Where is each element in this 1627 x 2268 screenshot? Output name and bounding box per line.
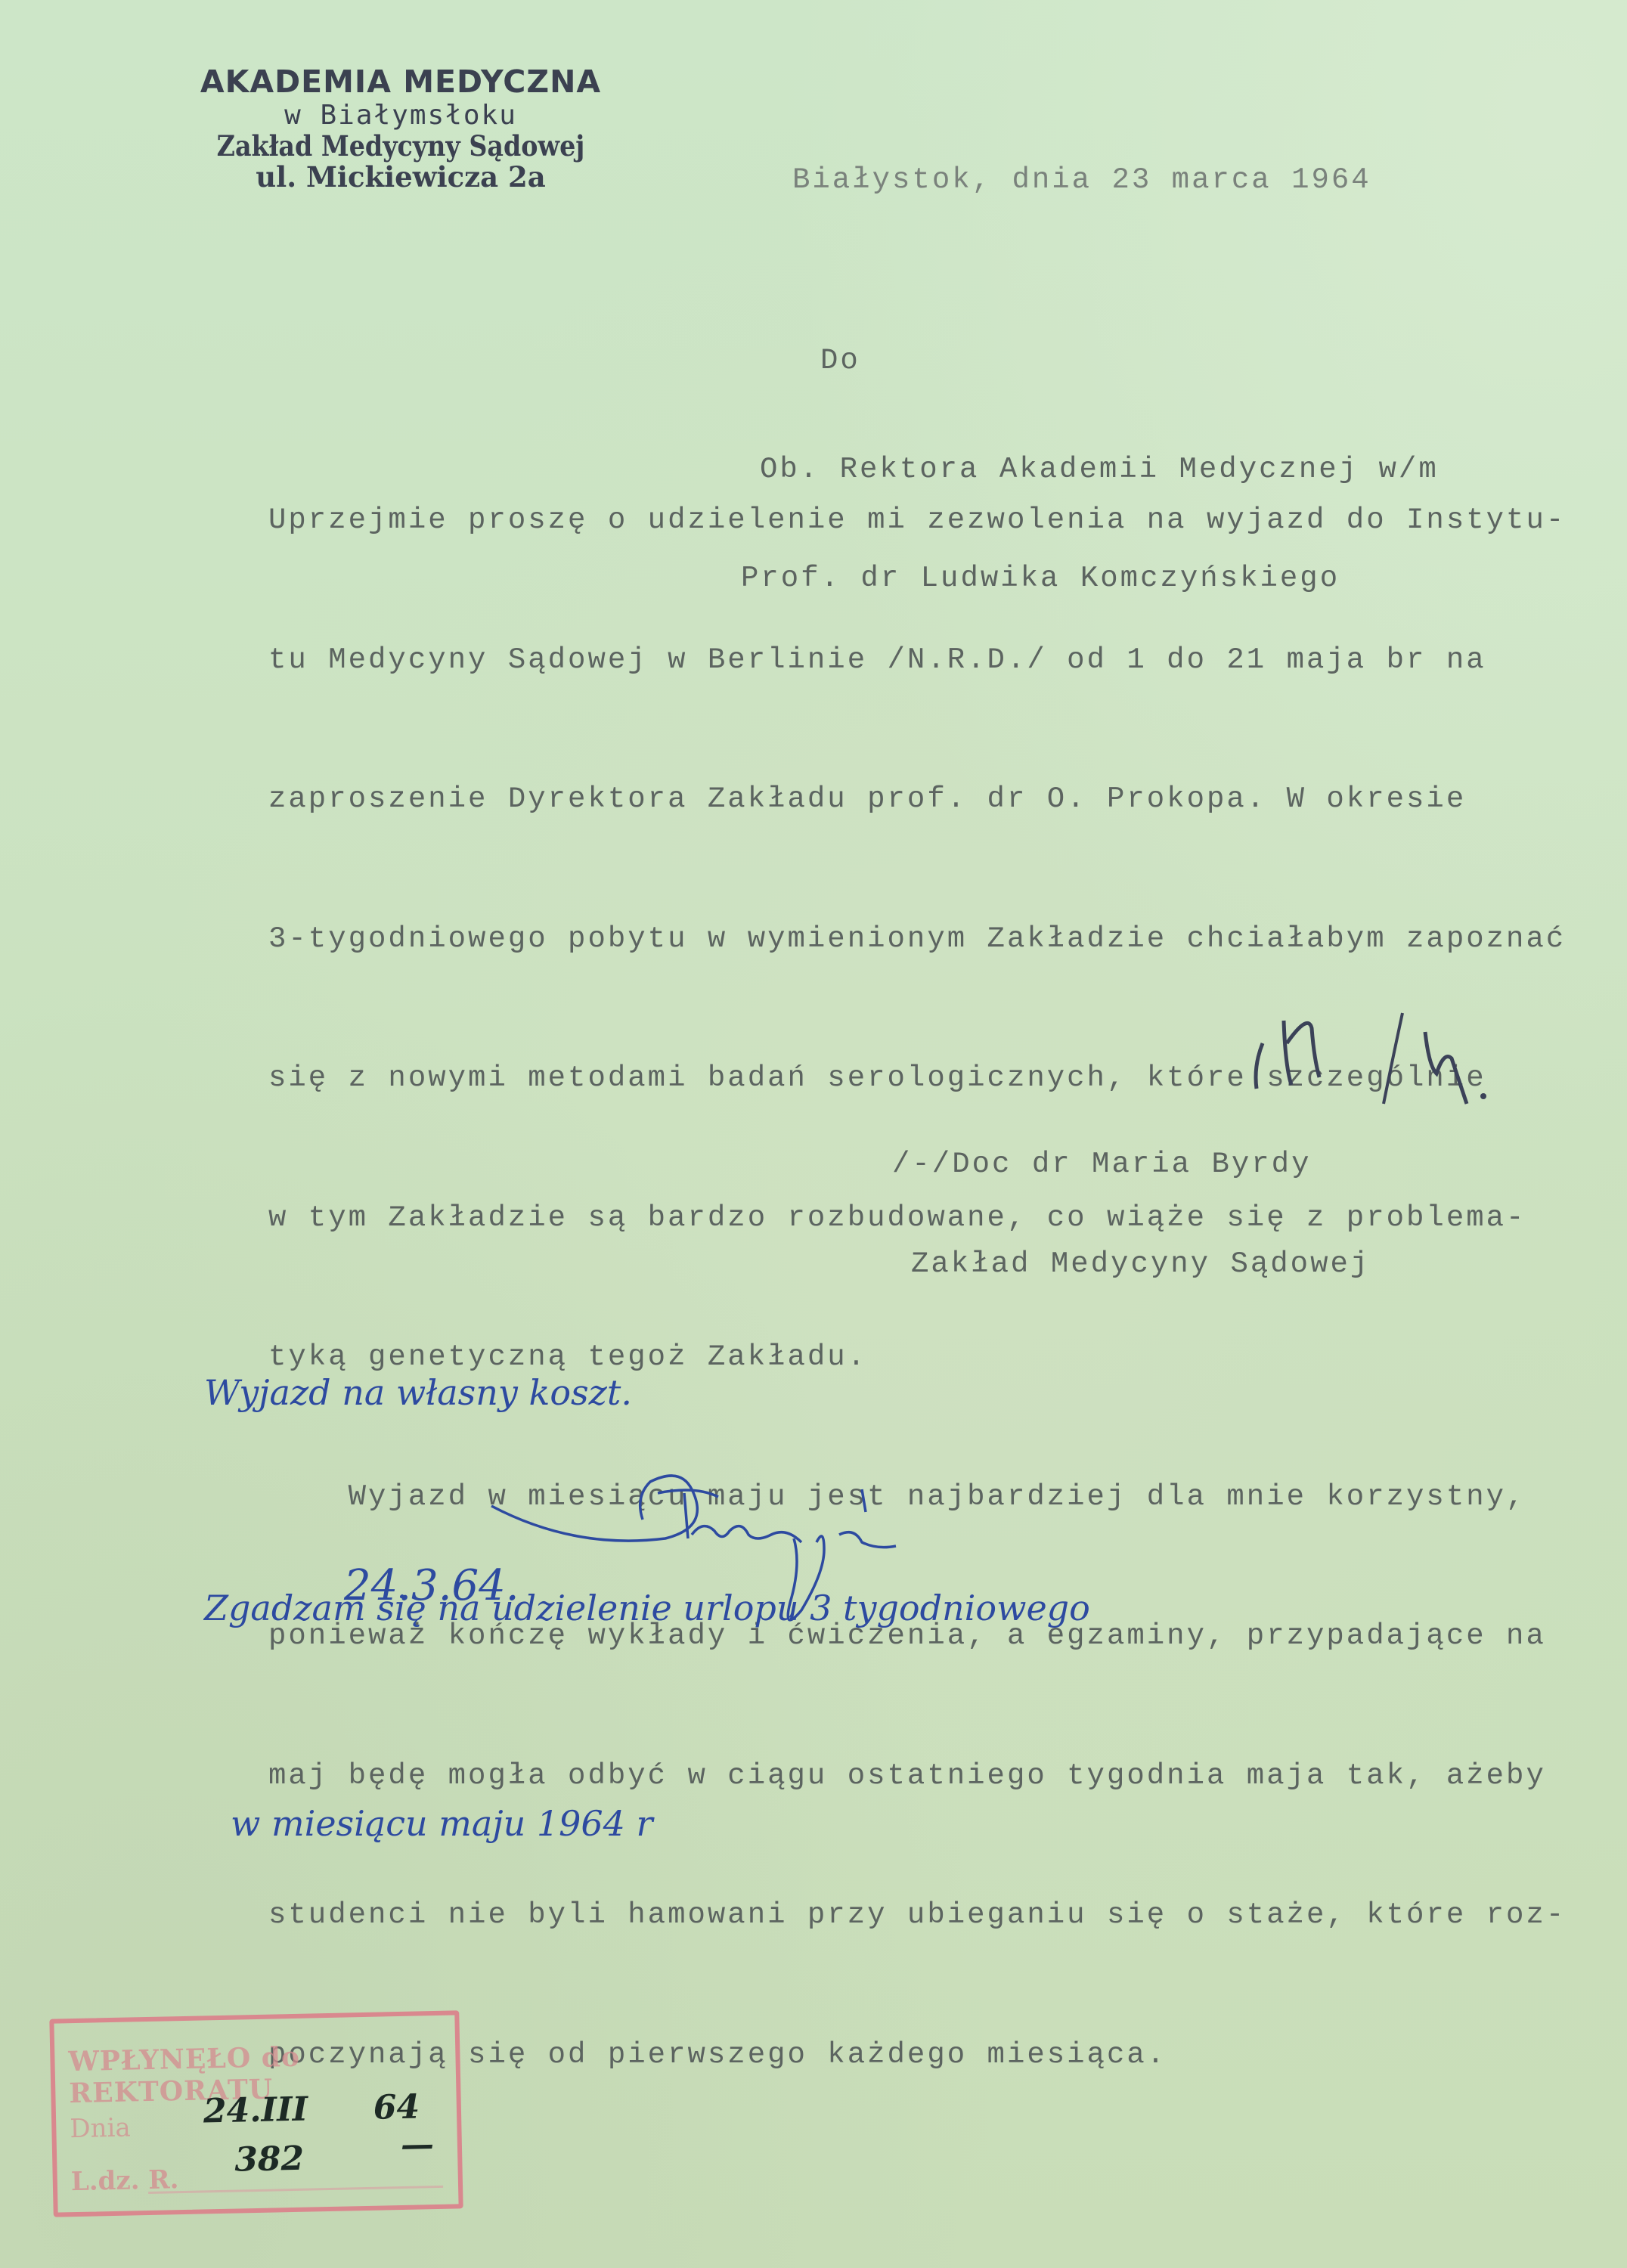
registry-date-label: Dnia <box>70 2112 131 2144</box>
letterhead-stamp: AKADEMIA MEDYCZNA w Białymsłoku Zakład M… <box>178 67 624 191</box>
registry-handwritten-mark: — <box>400 2125 434 2164</box>
stamp-institution: AKADEMIA MEDYCZNA <box>178 67 624 98</box>
body-line: zaproszenie Dyrektora Zakładu prof. dr O… <box>268 776 1566 823</box>
body-line: Uprzejmie proszę o udzielenie mi zezwole… <box>268 497 1566 544</box>
registry-handwritten-date: 24.III <box>203 2090 308 2131</box>
stamp-city: w Białymsłoku <box>178 102 624 129</box>
addressee-to: Do <box>760 342 1439 379</box>
body-line: tu Medycyny Sądowej w Berlinie /N.R.D./ … <box>268 637 1566 684</box>
approval-date: 24.3.64. <box>344 1561 519 1610</box>
registry-stamp: WPŁYNĘŁO do REKTORATU Dnia L.dz. R. 24.I… <box>49 2010 463 2217</box>
signer-name: /-/Doc dr Maria Byrdy <box>892 1148 1370 1181</box>
body-line: 3-tygodniowego pobytu w wymienionym Zakł… <box>268 916 1566 963</box>
registry-underline <box>148 2186 443 2194</box>
body-line: poczynają się od pierwszego każdego mies… <box>268 2032 1566 2079</box>
registry-handwritten-number: 382 <box>234 2139 305 2180</box>
stamp-department: Zakład Medycyny Sądowej <box>200 132 602 160</box>
stamp-address: ul. Mickiewicza 2a <box>178 163 624 191</box>
note-line: Wyjazd na własny koszt. <box>204 1357 1090 1429</box>
note-line: w miesiącu maju 1964 r <box>204 1788 1090 1860</box>
letter-date: Białystok, dnia 23 marca 1964 <box>792 163 1371 197</box>
rector-signature <box>484 1459 1028 1625</box>
registry-handwritten-year: 64 <box>373 2087 420 2127</box>
